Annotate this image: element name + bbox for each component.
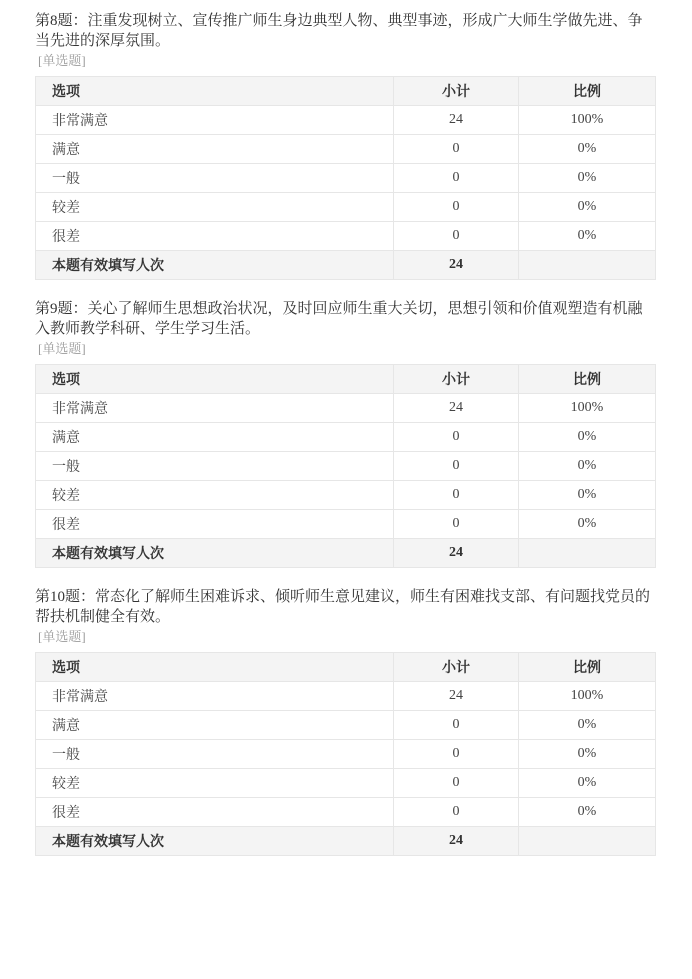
header-row: 选项 小计 比例 [36,653,656,682]
table-row: 满意 0 0% [36,711,656,740]
count-cell: 0 [394,769,519,798]
table-footer-row: 本题有效填写人次 24 [36,539,656,568]
footer-label-cell: 本题有效填写人次 [36,251,394,280]
results-table-body: 非常满意 24 100% 满意 0 0% 一般 0 0% 较差 0 0% [36,682,656,856]
ratio-cell: 0% [519,798,656,827]
count-header: 小计 [394,653,519,682]
option-cell: 非常满意 [36,394,394,423]
count-cell: 0 [394,798,519,827]
table-row: 很差 0 0% [36,222,656,251]
ratio-header: 比例 [519,365,656,394]
header-row: 选项 小计 比例 [36,77,656,106]
table-row: 满意 0 0% [36,135,656,164]
option-cell: 一般 [36,452,394,481]
results-table-head: 选项 小计 比例 [36,77,656,106]
count-cell: 0 [394,423,519,452]
table-row: 一般 0 0% [36,740,656,769]
option-cell: 非常满意 [36,106,394,135]
footer-label-cell: 本题有效填写人次 [36,539,394,568]
option-header: 选项 [36,365,394,394]
ratio-cell: 0% [519,769,656,798]
ratio-cell: 0% [519,452,656,481]
option-cell: 一般 [36,740,394,769]
table-row: 一般 0 0% [36,164,656,193]
ratio-cell: 0% [519,711,656,740]
option-cell: 满意 [36,423,394,452]
question-block-9: 第9题：关心了解师生思想政治状况，及时回应师生重大关切，思想引领和价值观塑造有机… [35,299,655,568]
ratio-header: 比例 [519,653,656,682]
footer-ratio-cell [519,539,656,568]
ratio-cell: 0% [519,193,656,222]
ratio-cell: 100% [519,682,656,711]
option-cell: 满意 [36,711,394,740]
table-row: 非常满意 24 100% [36,394,656,423]
question-type-label: [单选题] [38,629,655,645]
option-cell: 满意 [36,135,394,164]
question-type-label: [单选题] [38,53,655,69]
results-table-body: 非常满意 24 100% 满意 0 0% 一般 0 0% 较差 0 0% [36,106,656,280]
count-cell: 0 [394,740,519,769]
results-table-head: 选项 小计 比例 [36,653,656,682]
ratio-cell: 0% [519,222,656,251]
count-header: 小计 [394,77,519,106]
ratio-cell: 0% [519,423,656,452]
results-table-body: 非常满意 24 100% 满意 0 0% 一般 0 0% 较差 0 0% [36,394,656,568]
footer-label-cell: 本题有效填写人次 [36,827,394,856]
option-cell: 较差 [36,769,394,798]
ratio-cell: 0% [519,135,656,164]
option-header: 选项 [36,653,394,682]
footer-ratio-cell [519,251,656,280]
option-cell: 非常满意 [36,682,394,711]
table-footer-row: 本题有效填写人次 24 [36,251,656,280]
question-block-10: 第10题：常态化了解师生困难诉求、倾听师生意见建议，师生有困难找支部、有问题找党… [35,587,655,856]
table-row: 非常满意 24 100% [36,106,656,135]
results-table: 选项 小计 比例 非常满意 24 100% 满意 0 0% 一般 [35,364,656,568]
ratio-cell: 0% [519,481,656,510]
ratio-cell: 0% [519,740,656,769]
option-cell: 很差 [36,798,394,827]
ratio-cell: 100% [519,106,656,135]
count-cell: 0 [394,452,519,481]
count-cell: 0 [394,193,519,222]
count-cell: 24 [394,106,519,135]
count-cell: 0 [394,135,519,164]
table-row: 非常满意 24 100% [36,682,656,711]
table-row: 较差 0 0% [36,193,656,222]
count-cell: 0 [394,164,519,193]
table-row: 较差 0 0% [36,769,656,798]
count-cell: 0 [394,481,519,510]
results-table: 选项 小计 比例 非常满意 24 100% 满意 0 0% 一般 [35,652,656,856]
table-row: 较差 0 0% [36,481,656,510]
question-title: 第9题：关心了解师生思想政治状况，及时回应师生重大关切，思想引领和价值观塑造有机… [35,299,655,339]
footer-count-cell: 24 [394,827,519,856]
option-cell: 很差 [36,222,394,251]
count-cell: 0 [394,222,519,251]
results-table: 选项 小计 比例 非常满意 24 100% 满意 0 0% 一般 [35,76,656,280]
count-cell: 24 [394,394,519,423]
option-cell: 很差 [36,510,394,539]
question-type-label: [单选题] [38,341,655,357]
footer-count-cell: 24 [394,251,519,280]
footer-ratio-cell [519,827,656,856]
ratio-header: 比例 [519,77,656,106]
results-table-head: 选项 小计 比例 [36,365,656,394]
option-cell: 较差 [36,481,394,510]
table-footer-row: 本题有效填写人次 24 [36,827,656,856]
count-header: 小计 [394,365,519,394]
option-cell: 一般 [36,164,394,193]
option-cell: 较差 [36,193,394,222]
option-header: 选项 [36,77,394,106]
ratio-cell: 0% [519,164,656,193]
question-block-8: 第8题：注重发现树立、宣传推广师生身边典型人物、典型事迹，形成广大师生学做先进、… [35,11,655,280]
question-title: 第10题：常态化了解师生困难诉求、倾听师生意见建议，师生有困难找支部、有问题找党… [35,587,655,627]
count-cell: 0 [394,510,519,539]
count-cell: 24 [394,682,519,711]
table-row: 满意 0 0% [36,423,656,452]
count-cell: 0 [394,711,519,740]
question-title: 第8题：注重发现树立、宣传推广师生身边典型人物、典型事迹，形成广大师生学做先进、… [35,11,655,51]
table-row: 一般 0 0% [36,452,656,481]
header-row: 选项 小计 比例 [36,365,656,394]
survey-report-page: 第8题：注重发现树立、宣传推广师生身边典型人物、典型事迹，形成广大师生学做先进、… [0,0,692,856]
ratio-cell: 0% [519,510,656,539]
footer-count-cell: 24 [394,539,519,568]
table-row: 很差 0 0% [36,510,656,539]
table-row: 很差 0 0% [36,798,656,827]
ratio-cell: 100% [519,394,656,423]
